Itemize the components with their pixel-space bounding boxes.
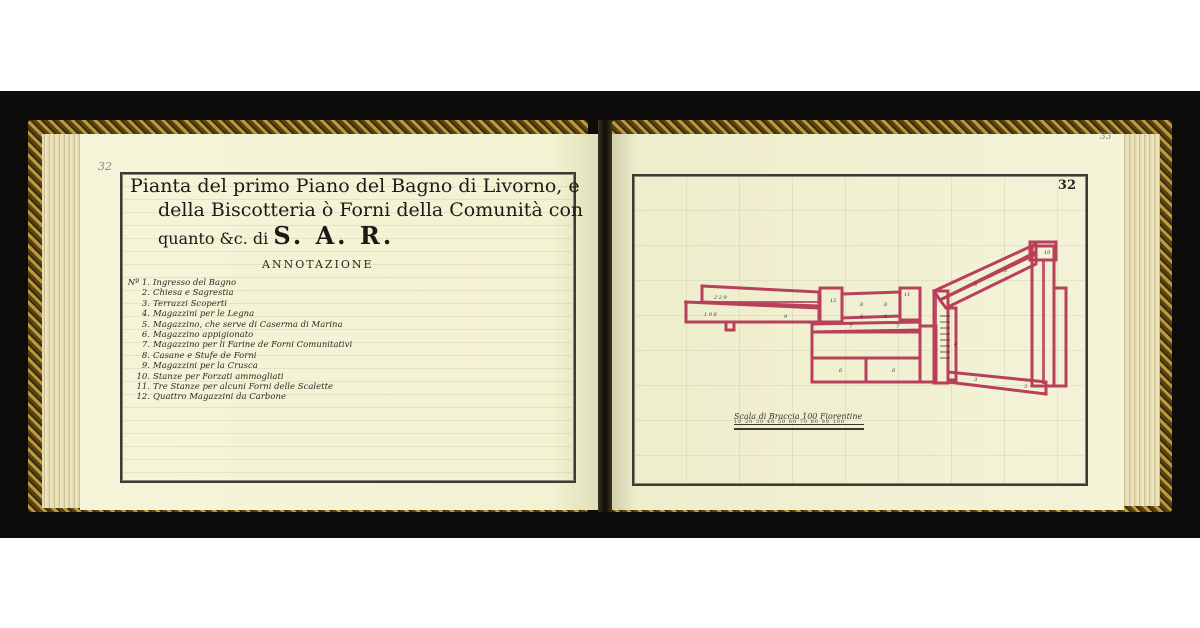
svg-text:9: 9 xyxy=(784,314,788,320)
svg-text:6: 6 xyxy=(839,368,843,374)
title-line-3-text: quanto &c. di xyxy=(158,229,268,248)
plan-frame: 32 xyxy=(632,174,1088,486)
title-frame: Pianta del primo Piano del Bagno di Livo… xyxy=(120,172,576,483)
title-line-1: Pianta del primo Piano del Bagno di Livo… xyxy=(130,174,576,198)
svg-text:6: 6 xyxy=(892,368,896,374)
list-item: 10.Stanze per Forzati ammogliati xyxy=(126,372,352,382)
svg-text:7: 7 xyxy=(849,324,853,330)
book-gutter xyxy=(598,120,612,512)
scale-bar xyxy=(734,424,864,430)
list-item: 3.Terrazzi Scoperti xyxy=(126,299,352,309)
title-line-3: quanto &c. di S. A. R. xyxy=(130,222,576,253)
list-item: 4.Magazzini per le Legna xyxy=(126,309,352,319)
page-edges-right xyxy=(1122,134,1160,506)
list-item: 9.Magazzini per la Crusca xyxy=(126,361,352,371)
list-item: Nº 1.Ingresso del Bagno xyxy=(126,278,352,288)
svg-text:8: 8 xyxy=(884,314,887,320)
title-line-2: della Biscotteria ò Forni della Comunità… xyxy=(130,198,576,222)
svg-text:11: 11 xyxy=(904,292,910,298)
svg-text:8: 8 xyxy=(860,302,863,308)
svg-text:5: 5 xyxy=(974,282,977,288)
section-heading: ANNOTAZIONE xyxy=(262,258,374,271)
svg-text:4: 4 xyxy=(953,342,957,348)
page-edges-left xyxy=(42,134,82,508)
list-item: 12.Quattro Magazzini da Carbone xyxy=(126,392,352,402)
svg-text:8: 8 xyxy=(884,302,887,308)
svg-text:2 2 9: 2 2 9 xyxy=(713,295,728,301)
title-emphasis: S. A. R. xyxy=(273,221,394,250)
svg-text:1 9 8: 1 9 8 xyxy=(704,312,717,318)
list-item: 6.Magazzino appigionato xyxy=(126,330,352,340)
svg-text:5: 5 xyxy=(1004,268,1007,274)
list-item: 2.Chiesa e Sagrestia xyxy=(126,288,352,298)
svg-text:3: 3 xyxy=(974,377,977,383)
floor-plan-drawing: 2 2 9 1 9 8 9 8 8 8 8 12 11 7 7 6 6 5 5 … xyxy=(634,176,1086,484)
list-item: 8.Casane e Stufe de Forni xyxy=(126,351,352,361)
folio-number-corner: 33 xyxy=(1100,132,1111,142)
annotation-list: Nº 1.Ingresso del Bagno 2.Chiesa e Sagre… xyxy=(126,278,352,403)
page-title: Pianta del primo Piano del Bagno di Livo… xyxy=(130,174,576,253)
svg-text:3: 3 xyxy=(1024,384,1027,390)
svg-text:12: 12 xyxy=(830,298,836,304)
svg-text:8: 8 xyxy=(860,314,863,320)
folio-number-left: 32 xyxy=(98,160,112,173)
list-item: 7.Magazzino per li Farine de Forni Comun… xyxy=(126,340,352,350)
svg-text:10: 10 xyxy=(1044,250,1051,256)
list-item: 11.Tre Stanze per alcuni Forni delle Sca… xyxy=(126,382,352,392)
list-item: 5.Magazzino, che serve di Caserma di Mar… xyxy=(126,320,352,330)
